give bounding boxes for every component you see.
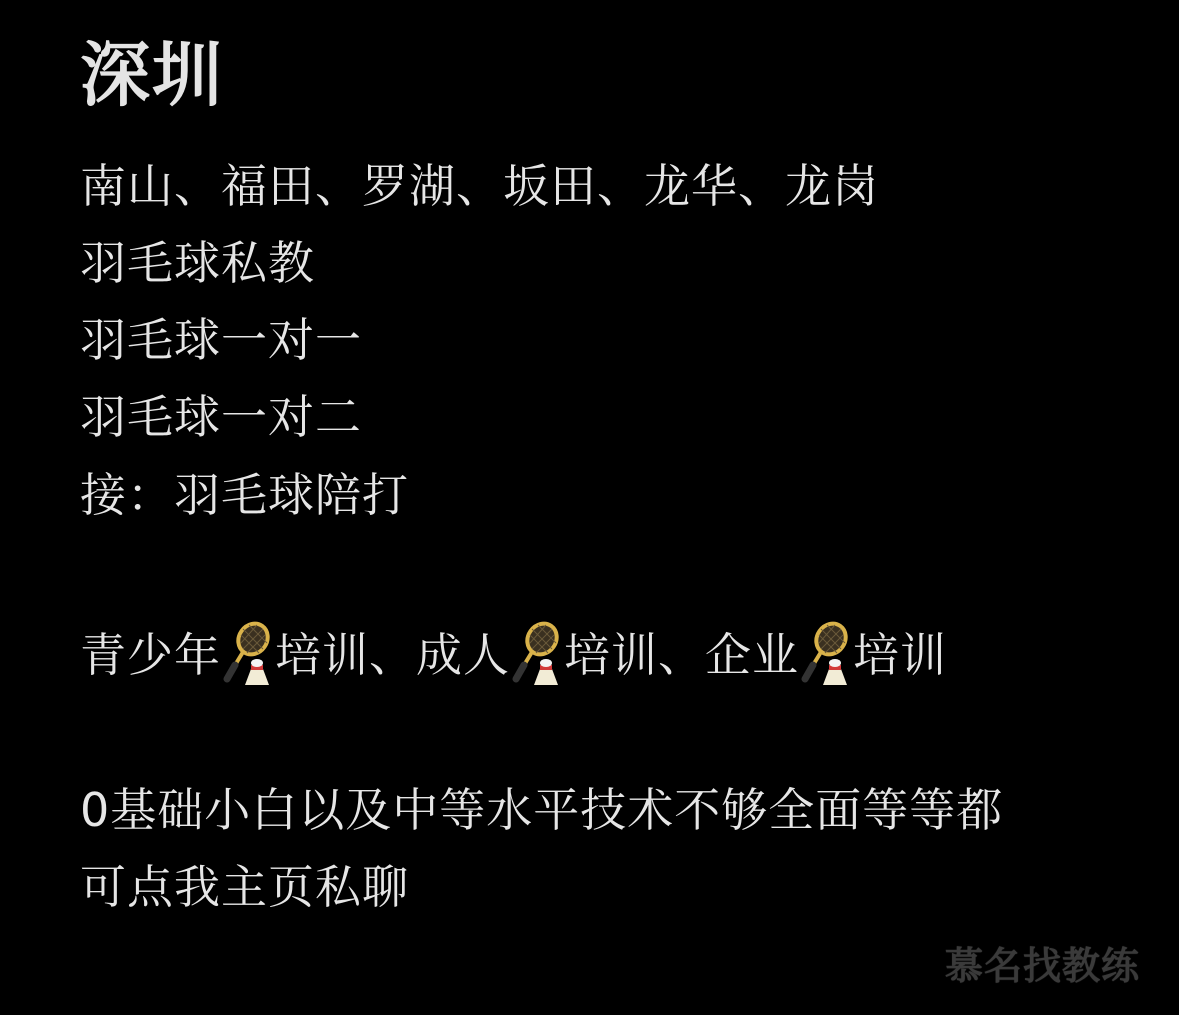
training-line: 青少年 培训、成人	[80, 625, 947, 685]
service-private-coach: 羽毛球私教	[80, 233, 315, 293]
post-title: 深圳	[80, 30, 224, 120]
districts-line: 南山、福田、罗湖、坂田、龙华、龙岗	[80, 156, 879, 216]
training-corporate-suffix: 培训	[853, 628, 947, 682]
service-sparring: 接：羽毛球陪打	[80, 465, 409, 525]
closing-line-1: 0基础小白以及中等水平技术不够全面等等都	[80, 780, 1003, 840]
badminton-icon	[801, 625, 851, 685]
training-corporate-label: 企业	[705, 628, 799, 682]
training-adult-label: 成人	[416, 628, 510, 682]
service-one-on-one: 羽毛球一对一	[80, 310, 362, 370]
service-one-on-two: 羽毛球一对二	[80, 387, 362, 447]
badminton-icon	[512, 625, 562, 685]
closing-line-2: 可点我主页私聊	[80, 857, 409, 917]
training-adult-suffix: 培训、	[564, 628, 705, 682]
training-youth-suffix: 培训、	[275, 628, 416, 682]
watermark: 慕名找教练	[945, 942, 1140, 990]
training-youth-label: 青少年	[80, 628, 221, 682]
badminton-icon	[223, 625, 273, 685]
